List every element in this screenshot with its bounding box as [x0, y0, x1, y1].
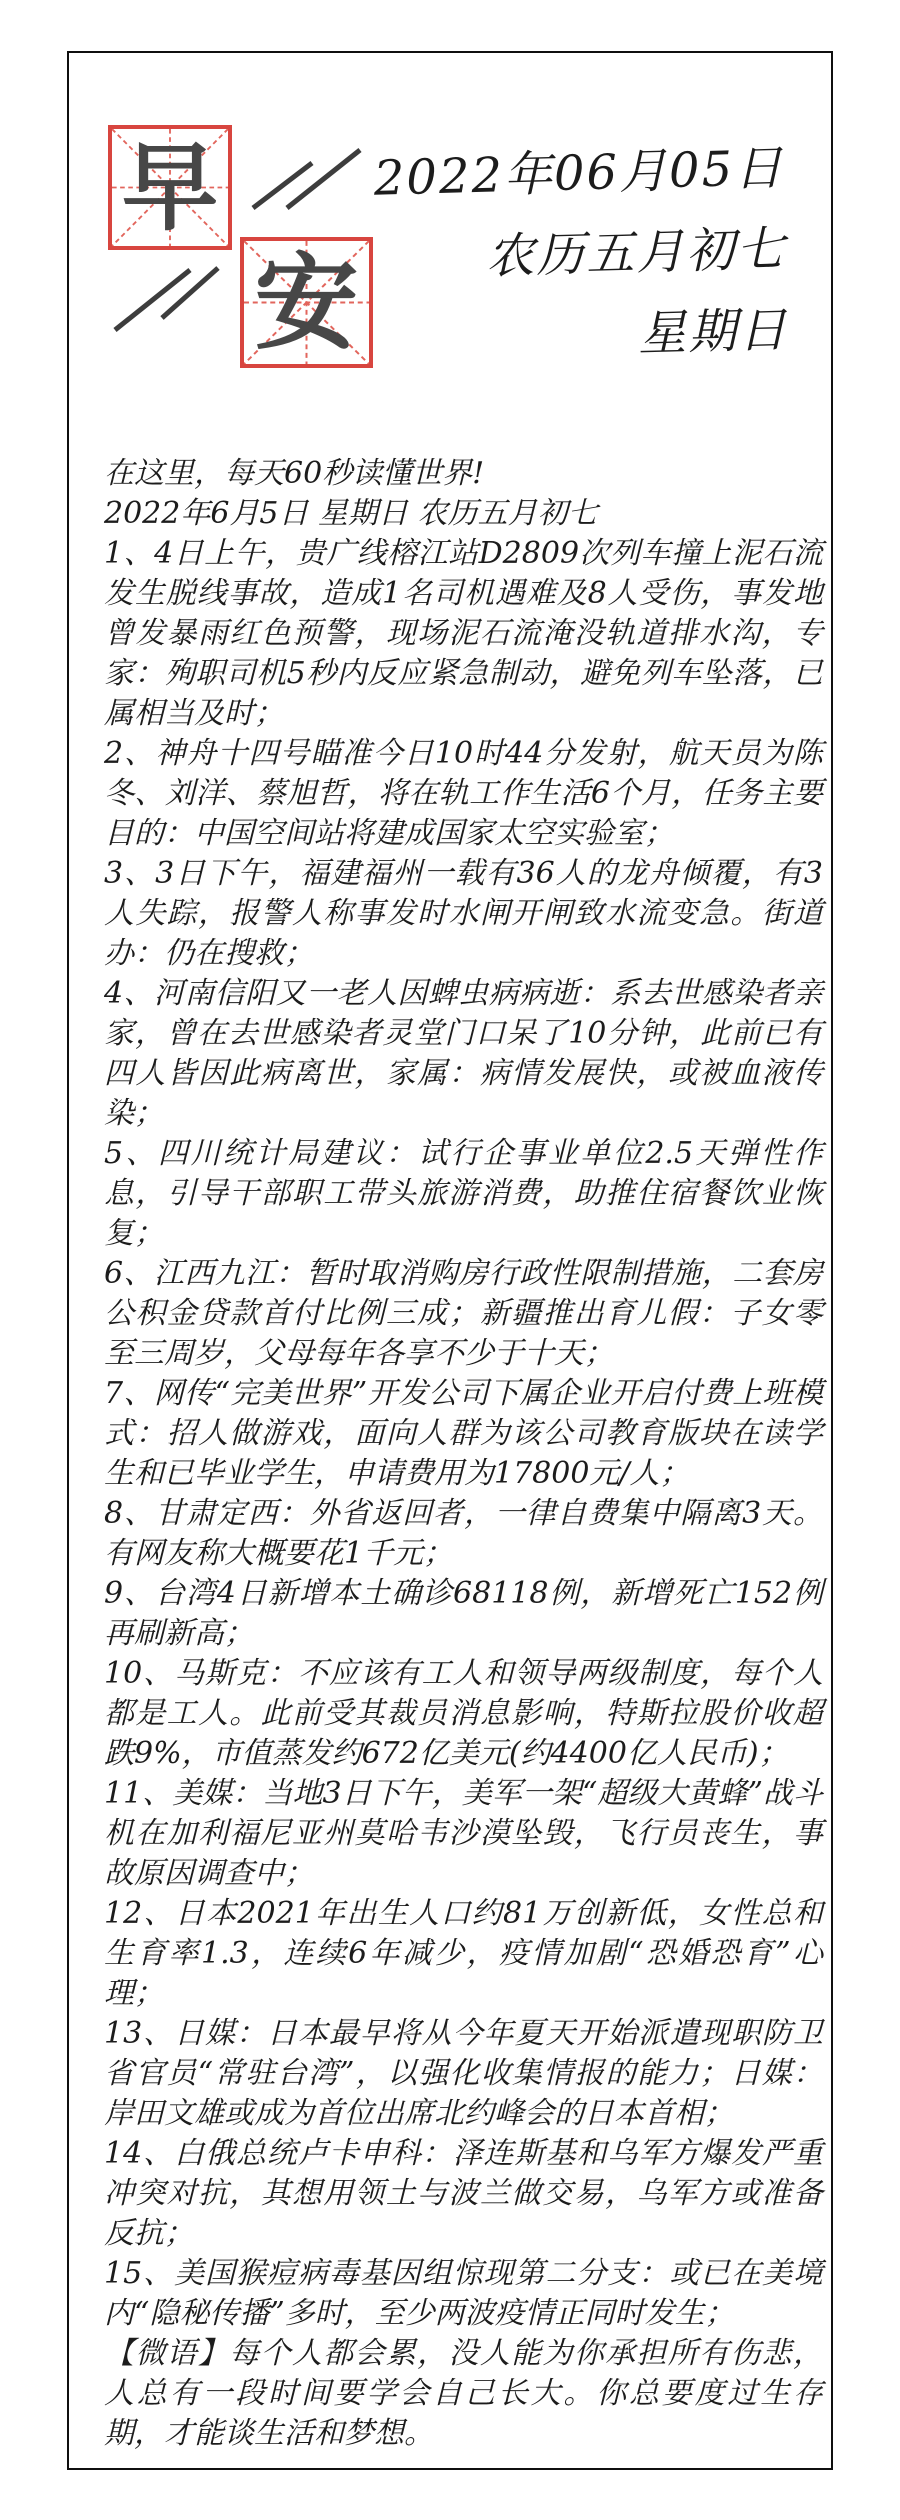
- zao-character: 早: [112, 129, 228, 246]
- news-item: 14、白俄总统卢卡申科：泽连斯基和乌军方爆发严重冲突对抗，其想用领土与波兰做交易…: [104, 2134, 823, 2254]
- intro-line: 在这里，每天60秒读懂世界!: [104, 454, 823, 494]
- news-item: 12、日本2021年出生人口约81万创新低，女性总和生育率1.3，连续6年减少，…: [104, 1894, 823, 2014]
- zaoan-logo: 早 安: [100, 120, 390, 380]
- header-date-block: 2022年06月05日 农历五月初七 星期日: [363, 128, 789, 382]
- news-item: 5、四川统计局建议：试行企事业单位2.5天弹性作息，引导干部职工带头旅游消费，助…: [104, 1134, 823, 1254]
- gregorian-date: 2022年06月05日: [363, 128, 785, 220]
- news-item: 4、河南信阳又一老人因蜱虫病病逝：系去世感染者亲家，曾在去世感染者灵堂门口呆了1…: [104, 974, 823, 1134]
- weiyu-quote: 【微语】每个人都会累，没人能为你承担所有伤悲，人总有一段时间要学会自己长大。你总…: [104, 2334, 823, 2454]
- morning-news-card: 早 安 2022年06月05日 农历五月初七 星期日 在这里，每天60秒读懂世界…: [0, 0, 900, 2520]
- date-heading: 2022年6月5日 星期日 农历五月初七: [104, 494, 823, 534]
- news-item: 6、江西九江：暂时取消购房行政性限制措施，二套房公积金贷款首付比例三成；新疆推出…: [104, 1254, 823, 1374]
- news-item: 1、4日上午，贵广线榕江站D2809次列车撞上泥石流发生脱线事故，造成1名司机遇…: [104, 534, 823, 734]
- news-body: 在这里，每天60秒读懂世界! 2022年6月5日 星期日 农历五月初七 1、4日…: [104, 454, 823, 2454]
- weekday: 星期日: [367, 290, 789, 382]
- an-character: 安: [244, 241, 369, 364]
- zao-grid-box: 早: [108, 125, 232, 250]
- news-item: 2、神舟十四号瞄准今日10时44分发射，航天员为陈冬、刘洋、蔡旭哲，将在轨工作生…: [104, 734, 823, 854]
- news-item: 15、美国猴痘病毒基因组惊现第二分支：或已在美境内“隐秘传播”多时，至少两波疫情…: [104, 2254, 823, 2334]
- news-item: 13、日媒：日本最早将从今年夏天开始派遣现职防卫省官员“常驻台湾”，以强化收集情…: [104, 2014, 823, 2134]
- lunar-date: 农历五月初七: [365, 209, 787, 301]
- news-item: 7、网传“完美世界”开发公司下属企业开启付费上班模式：招人做游戏，面向人群为该公…: [104, 1374, 823, 1494]
- an-grid-box: 安: [240, 237, 373, 368]
- news-item: 11、美媒：当地3日下午，美军一架“超级大黄蜂”战斗机在加利福尼亚州莫哈韦沙漠坠…: [104, 1774, 823, 1894]
- news-item: 3、3日下午，福建福州一载有36人的龙舟倾覆，有3人失踪，报警人称事发时水闸开闸…: [104, 854, 823, 974]
- news-item: 8、甘肃定西：外省返回者，一律自费集中隔离3天。有网友称大概要花1千元；: [104, 1494, 823, 1574]
- news-item: 9、台湾4日新增本土确诊68118例，新增死亡152例再刷新高；: [104, 1574, 823, 1654]
- news-list: 1、4日上午，贵广线榕江站D2809次列车撞上泥石流发生脱线事故，造成1名司机遇…: [104, 534, 823, 2334]
- news-item: 10、马斯克：不应该有工人和领导两级制度，每个人都是工人。此前受其裁员消息影响，…: [104, 1654, 823, 1774]
